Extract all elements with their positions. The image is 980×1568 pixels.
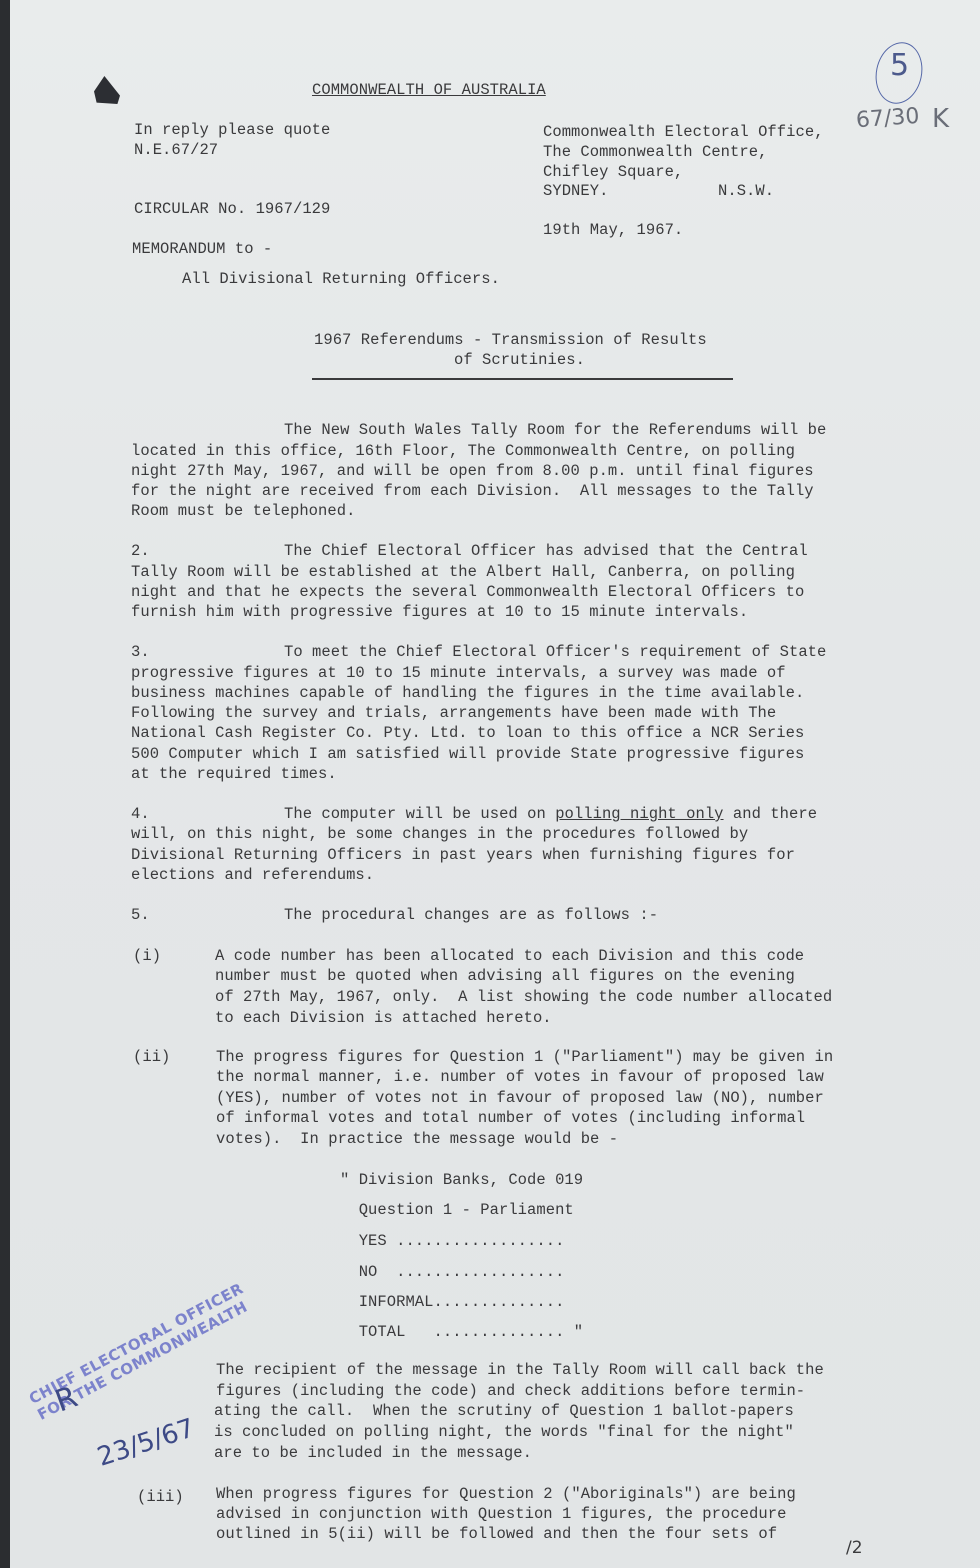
document-page: COMMONWEALTH OF AUSTRALIA 5 67/30 K In r… <box>10 0 980 1568</box>
document-heading: COMMONWEALTH OF AUSTRALIA <box>312 80 546 100</box>
document-date: 19th May, 1967. <box>543 220 683 240</box>
memorandum-to: MEMORANDUM to - <box>132 239 272 259</box>
sub-item-label: (i) <box>133 946 161 966</box>
reply-quote-ref: N.E.67/27 <box>134 140 218 160</box>
file-ref-handwritten: 67/30 <box>855 104 920 133</box>
emphasis-polling-night-only: polling night only <box>555 805 723 823</box>
address-line-2: The Commonwealth Centre, <box>543 142 767 162</box>
circular-number: CIRCULAR No. 1967/129 <box>134 199 330 219</box>
reply-quote-label: In reply please quote <box>134 120 330 140</box>
sub-item-label: (iii) <box>137 1487 184 1507</box>
title-line-1: 1967 Referendums - Transmission of Resul… <box>314 330 707 350</box>
address-state: N.S.W. <box>718 181 774 201</box>
initials-handwritten: K <box>932 104 949 134</box>
paragraph-number: 2. <box>131 541 150 561</box>
punch-hole <box>94 76 120 104</box>
paragraph-number: 5. <box>131 905 150 925</box>
paragraph-number: 3. <box>131 642 150 662</box>
circled-number: 5 <box>890 48 909 83</box>
address-line-1: Commonwealth Electoral Office, <box>543 122 824 142</box>
recipients: All Divisional Returning Officers. <box>182 269 500 289</box>
address-city: SYDNEY. <box>543 181 608 201</box>
title-rule <box>312 378 733 380</box>
page-continuation: /2 <box>846 1538 863 1558</box>
address-line-3: Chifley Square, <box>543 162 683 182</box>
sub-item-label: (ii) <box>133 1047 170 1067</box>
paragraph-number: 4. <box>131 804 150 824</box>
stamp-date-handwritten: 23/5/67 <box>94 1413 199 1473</box>
title-line-2: of Scrutinies. <box>454 350 585 370</box>
